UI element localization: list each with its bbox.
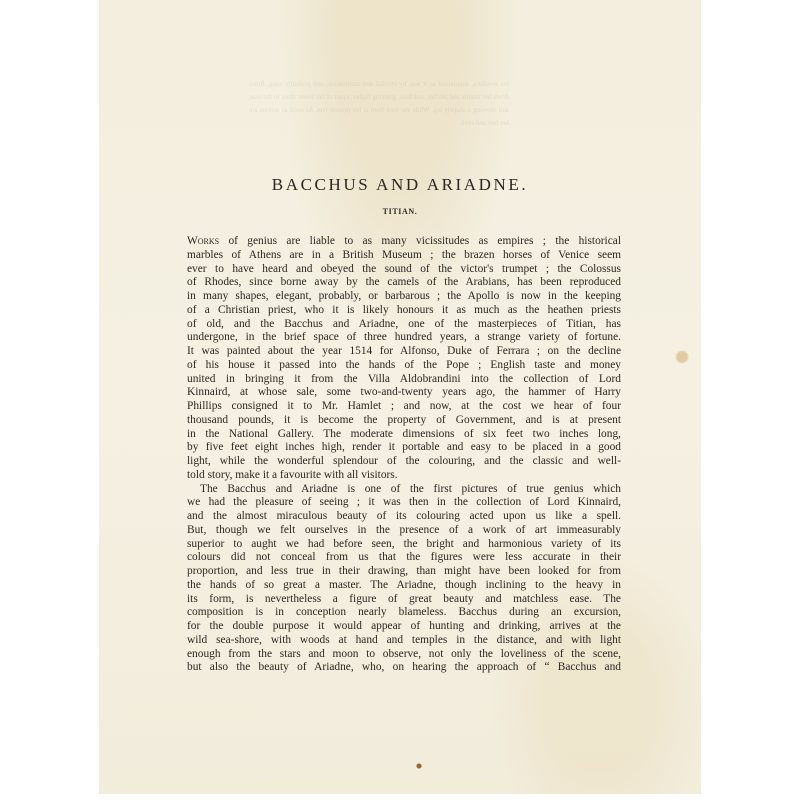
artist-subtitle: TITIAN. [99,207,701,216]
text-line: Kinnaird, at whose sale, some two-and-tw… [187,386,621,400]
text-line: enough from the stars and moon to observ… [187,648,621,662]
text-line: for the double purpose it would appear o… [187,620,621,634]
paragraph-1: Works of genius are liable to as many vi… [187,235,621,483]
text-line: the hands of so great a master. The Aria… [187,579,621,593]
text-line: proportion, and less true in their drawi… [187,565,621,579]
bleed-through-text: his revellers, announced as it was by cy… [249,78,509,130]
text-line: of a Christian priest, who it is likely … [187,304,621,318]
text-line: of Rhodes, since borne away by the camel… [187,276,621,290]
text-line: ever to have heard and obeyed the sound … [187,263,621,277]
body-text: Works of genius are liable to as many vi… [187,235,621,675]
text-line: told story, make it a favourite with all… [187,469,621,483]
text-line: thousand pounds, it is become the proper… [187,414,621,428]
text-line: superior to aught we had before seen, th… [187,538,621,552]
text-line: composition is in conception nearly blam… [187,606,621,620]
text-line: of old, and the Bacchus and Ariadne, one… [187,318,621,332]
text-line: in many shapes, elegant, probably, or ba… [187,290,621,304]
text-line: its form, is nevertheless a figure of gr… [187,593,621,607]
text-line: by five feet eight inches high, render i… [187,441,621,455]
text-line: Phillips consigned it to Mr. Hamlet ; an… [187,400,621,414]
page-title: BACCHUS AND ARIADNE. [99,175,701,195]
text-line: The Bacchus and Ariadne is one of the fi… [187,483,621,497]
text-line: But, though we felt ourselves in the pre… [187,524,621,538]
text-line: marbles of Athens are in a British Museu… [187,249,621,263]
text-line: Works of genius are liable to as many vi… [187,235,621,249]
text-line: It was painted about the year 1514 for A… [187,345,621,359]
text-line: in the National Gallery. The moderate di… [187,428,621,442]
text-line: and the almost miraculous beauty of its … [187,510,621,524]
text-line: but also the beauty of Ariadne, who, on … [187,661,621,675]
text-line: undergone, in the brief space of three h… [187,331,621,345]
book-page: his revellers, announced as it was by cy… [99,0,701,794]
text-line: we had the pleasure of seeing ; it was t… [187,496,621,510]
text-line: colours did not conceal from us that the… [187,551,621,565]
text-line: wild sea-shore, with woods at hand and t… [187,634,621,648]
text-line: light, while the wonderful splendour of … [187,455,621,469]
text-line: united in bringing it from the Villa Ald… [187,373,621,387]
text-line: of his house it passed into the hands of… [187,359,621,373]
lead-word: Works [187,235,219,247]
paragraph-2: The Bacchus and Ariadne is one of the fi… [187,483,621,676]
